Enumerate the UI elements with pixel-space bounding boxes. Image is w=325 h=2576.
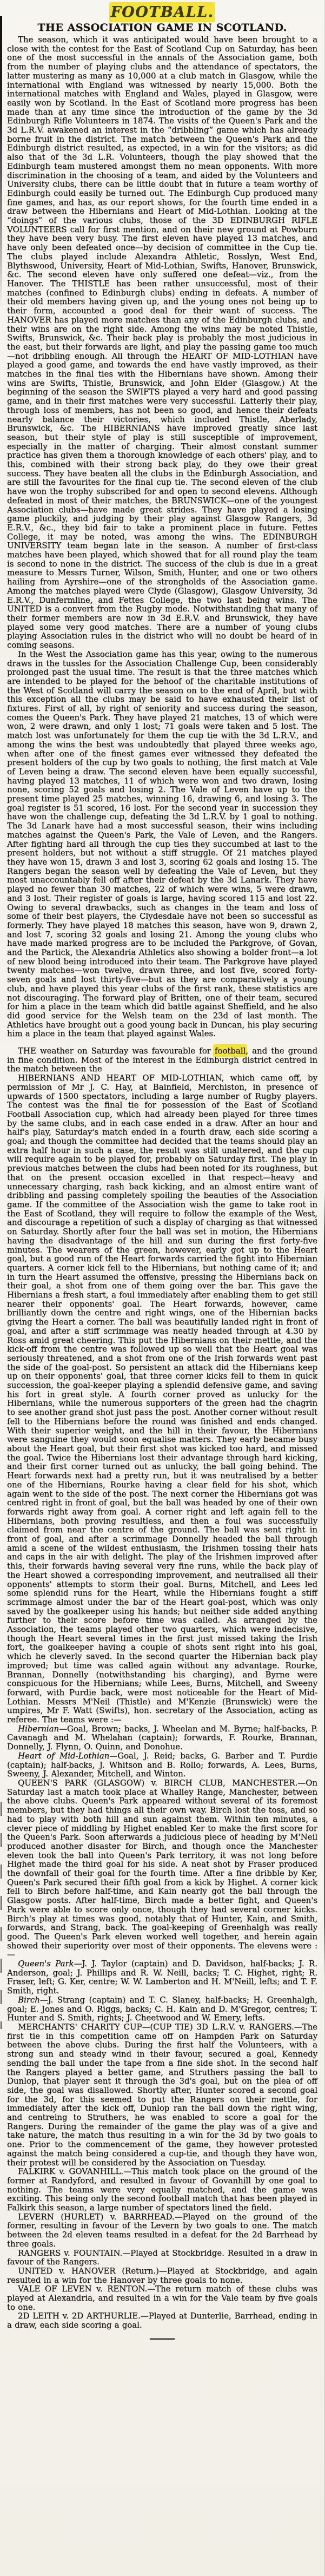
hearts-team-list-text: Heart of Mid-Lothian [18, 1751, 109, 1761]
levern-barrhead-paragraph-text: LEVERN (HURLET) v. BARRHEAD.—Played on t… [7, 2212, 317, 2249]
hearts-team-list: Heart of Mid-Lothian—Goal, J. Reid; back… [7, 1751, 317, 1778]
article-column: FOOTBALL.THE ASSOCIATION GAME IN SCOTLAN… [7, 3, 317, 2340]
queens-park-birch-match-paragraph-text: QUEEN'S PARK (GLASGOW) v. BIRCH CLUB, MA… [7, 1778, 317, 1959]
left-column-rule-dashes [1, 1802, 2, 2029]
merchants-charity-cup-paragraph-text: MERCHANTS' CHARITY CUP—(CUP TIE) 3D L.R.… [7, 2022, 317, 2167]
article-headline: FOOTBALL. [7, 4, 317, 21]
falkirk-govanhill-paragraph: FALKIRK v. GOVANHILL.—This match took pl… [7, 2167, 317, 2212]
falkirk-govanhill-paragraph-text: FALKIRK v. GOVANHILL.—This match took pl… [7, 2166, 317, 2212]
hibernian-team-list: Hibernian—Goal, Brown; backs, J. Wheelan… [7, 1724, 317, 1751]
west-of-scotland-review-paragraph: In the West the Association game has thi… [7, 650, 317, 1038]
search-highlight: football [215, 1046, 246, 1056]
queens-park-birch-match-paragraph: QUEEN'S PARK (GLASGOW) v. BIRCH CLUB, MA… [7, 1778, 317, 1959]
levern-barrhead-paragraph: LEVERN (HURLET) v. BARRHEAD.—Played on t… [7, 2212, 317, 2249]
queens-park-team-list: Queen's Park—J. J. Taylor (captain) and … [7, 1959, 317, 1995]
birch-team-list: Birch—J. Strang (captain) and T. C. Slan… [7, 1995, 317, 2022]
rangers-fountain-paragraph-text: RANGERS v. FOUNTAIN.—Played at Stockbrid… [7, 2248, 317, 2267]
weather-paragraph: THE weather on Saturday was favourable f… [7, 1046, 317, 1073]
birch-team-list-text: —J. Strang (captain) and T. C. Slaney, h… [7, 1995, 317, 2022]
search-highlight: FOOTBALL. [111, 4, 214, 21]
vale-of-leven-renton-paragraph: VALE OF LEVEN v. RENTON.—The return matc… [7, 2284, 317, 2311]
vale-of-leven-renton-paragraph-text: VALE OF LEVEN v. RENTON.—The return matc… [7, 2284, 317, 2311]
united-hanover-paragraph: UNITED v. HANOVER (Return.)—Played at St… [7, 2267, 317, 2284]
united-hanover-paragraph-text: UNITED v. HANOVER (Return.)—Played at St… [7, 2266, 317, 2285]
leith-arthurlie-paragraph-text: 2D LEITH v. 2D ARTHURLIE.—Played at Dunt… [7, 2311, 317, 2330]
hibernians-hearts-final-tie-paragraph: HIBERNIANS AND HEART OF MID-LOTHIAN, whi… [7, 1073, 317, 1724]
east-of-scotland-review-paragraph-text: The season, which it was anticipated wou… [7, 35, 317, 650]
rangers-fountain-paragraph: RANGERS v. FOUNTAIN.—Played at Stockbrid… [7, 2249, 317, 2267]
east-of-scotland-review-paragraph: The season, which it was anticipated wou… [7, 35, 317, 650]
leith-arthurlie-paragraph: 2D LEITH v. 2D ARTHURLIE.—Played at Dunt… [7, 2311, 317, 2329]
queens-park-team-list-text: Queen's Park [18, 1959, 74, 1968]
end-rule [150, 2338, 175, 2340]
left-edge-scan-artifact [0, 16, 2, 308]
merchants-charity-cup-paragraph: MERCHANTS' CHARITY CUP—(CUP TIE) 3D L.R.… [7, 2022, 317, 2167]
birch-team-list-text: Birch [18, 1995, 40, 2005]
article-subhead-text: THE ASSOCIATION GAME IN SCOTLAND. [37, 22, 287, 34]
hibernians-hearts-final-tie-paragraph-text: HIBERNIANS AND HEART OF MID-LOTHIAN, whi… [7, 1073, 317, 1724]
weather-paragraph-text: THE weather on Saturday was favourable f… [18, 1046, 215, 1056]
west-of-scotland-review-paragraph-text: In the West the Association game has thi… [7, 649, 317, 1039]
article-subhead: THE ASSOCIATION GAME IN SCOTLAND. [7, 22, 317, 34]
hibernian-team-list-text: Hibernian [18, 1724, 59, 1734]
